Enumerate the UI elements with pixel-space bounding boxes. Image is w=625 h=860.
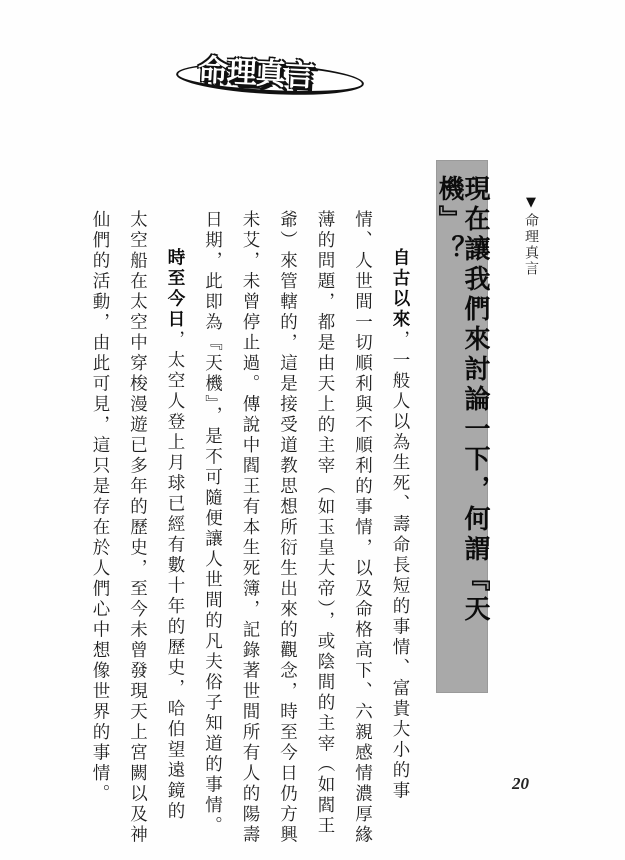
text-column: 時至今日，太空人登上月球已經有數十年的歷史，哈伯望遠鏡的: [156, 210, 194, 810]
section-title: 現在讓我們來討論一下，何謂『天機』？: [436, 175, 488, 692]
page-number: 20: [512, 774, 529, 794]
text-column: 太空船在太空中穿梭漫遊已多年的歷史，至今未曾發現天上宮闕以及神: [118, 210, 156, 810]
text-column: 未艾，未曾停止過。傳說中閻王有本生死簿，記錄著世間所有人的陽壽: [231, 210, 269, 810]
text-column: 情、人世間一切順利與不順利的事情，以及命格高下、六親感情濃厚緣: [343, 210, 381, 810]
paragraph-lead: 時至今日: [165, 248, 185, 330]
text-column: 薄的問題，都是由天上的主宰（如玉皇大帝），或陰間的主宰（如閻王: [306, 210, 344, 810]
text-column: 爺）來管轄的，這是接受道教思想所衍生出來的觀念，時至今日仍方興: [268, 210, 306, 810]
header-logo: 命理真言: [176, 44, 366, 96]
chevron-down-icon: ▼: [526, 196, 536, 209]
running-head: ▼ 命理真言: [520, 196, 542, 277]
text-column: 自古以來，一般人以為生死、壽命長短的事情、富貴大小的事: [381, 210, 419, 810]
text-column: 仙們的活動，由此可見，這只是存在於人們心中想像世界的事情。: [81, 210, 119, 810]
paragraph-lead: 自古以來: [390, 248, 410, 330]
book-page: 命理真言 ▼ 命理真言 現在讓我們來討論一下，何謂『天機』？ 自古以來，一般人以…: [0, 0, 625, 860]
running-head-text: 命理真言: [521, 213, 541, 277]
text-column: 日期，此即為『天機』，是不可隨便讓人世間的凡夫俗子知道的事情。: [193, 210, 231, 810]
section-title-box: 現在讓我們來討論一下，何謂『天機』？: [436, 160, 488, 693]
logo-text: 命理真言: [197, 45, 315, 95]
body-text: 自古以來，一般人以為生死、壽命長短的事情、富貴大小的事 情、人世間一切順利與不順…: [81, 210, 419, 810]
